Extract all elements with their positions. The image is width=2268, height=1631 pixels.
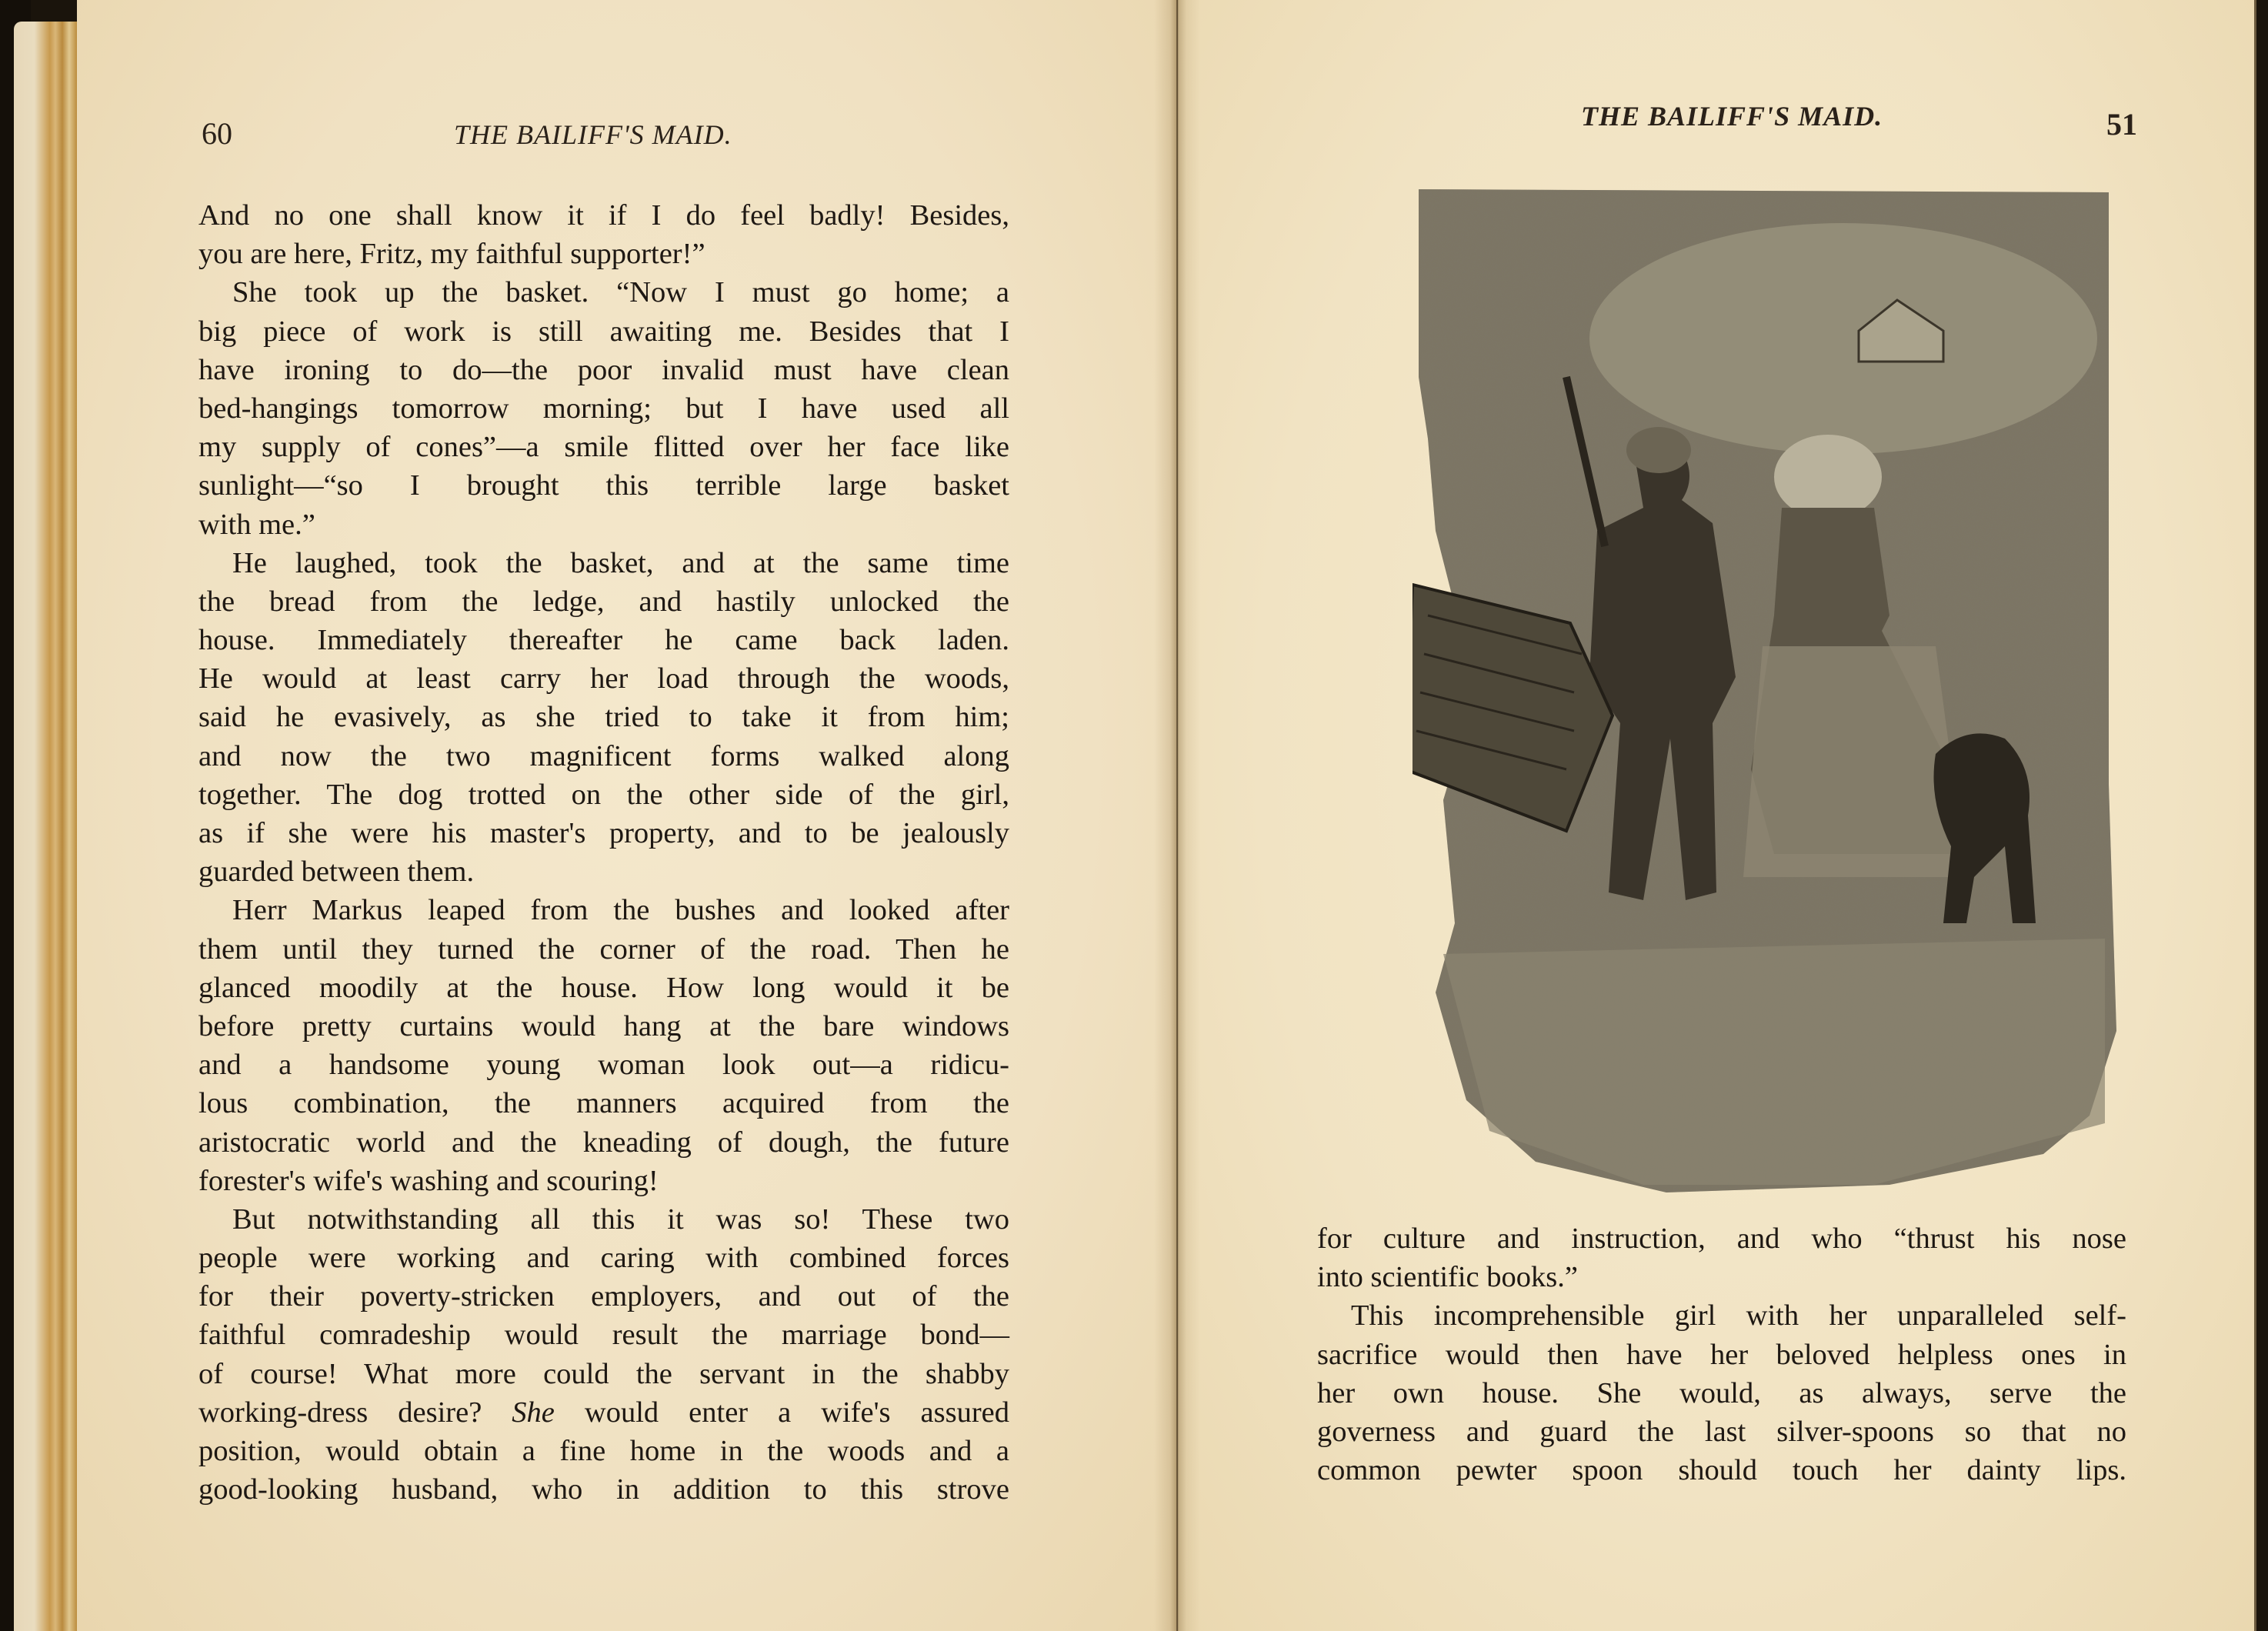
right-page-text: for culture and instruction, and who “th… [1317,1219,2126,1489]
text-line: big piece of work is still awaiting me. … [198,312,1009,351]
text-line: house. Immediately thereafter he came ba… [198,621,1009,659]
text-line: glanced moodily at the house. How long w… [198,969,1009,1007]
text-line: as if she were his master's property, an… [198,814,1009,852]
text-line: for their poverty-stricken employers, an… [198,1277,1009,1316]
right-page-number: 51 [2106,106,2137,142]
text-line: But notwithstanding all this it was so! … [198,1200,1009,1239]
text-line: He would at least carry her load through… [198,659,1009,698]
text-line: sacrifice would then have her beloved he… [1317,1336,2126,1374]
text-line: her own house. She would, as always, ser… [1317,1374,2126,1413]
text-line: have ironing to do—the poor invalid must… [198,351,1009,389]
text-line: good-looking husband, who in addition to… [198,1470,1009,1509]
book-spread: 60 THE BAILIFF'S MAID. And no one shall … [0,0,2268,1631]
left-page-number: 60 [202,115,232,152]
text-line: lous combination, the manners acquired f… [198,1084,1009,1122]
right-running-head: THE BAILIFF'S MAID. [1581,100,1883,132]
engraving-illustration [1412,185,2120,1200]
text-line: working-dress desire? She would enter a … [198,1393,1009,1432]
text-line: and a handsome young woman look out—a ri… [198,1046,1009,1084]
text-line: and now the two magnificent forms walked… [198,737,1009,775]
text-line: sunlight—“so I brought this terrible lar… [198,466,1009,505]
text-line: said he evasively, as she tried to take … [198,698,1009,736]
text-line: together. The dog trotted on the other s… [198,775,1009,814]
text-line: And no one shall know it if I do feel ba… [198,196,1009,235]
text-line: with me.” [198,505,1009,544]
text-line: bed-hangings tomorrow morning; but I hav… [198,389,1009,428]
text-line: common pewter spoon should touch her dai… [1317,1451,2126,1489]
text-line: the bread from the ledge, and hastily un… [198,582,1009,621]
text-line: aristocratic world and the kneading of d… [198,1123,1009,1162]
italic-emphasis: She [512,1396,555,1429]
text-line: for culture and instruction, and who “th… [1317,1219,2126,1258]
text-line: before pretty curtains would hang at the… [198,1007,1009,1046]
text-line: position, would obtain a fine home in th… [198,1432,1009,1470]
left-running-head: THE BAILIFF'S MAID. [454,118,732,151]
text-line: He laughed, took the basket, and at the … [198,544,1009,582]
text-line: governess and guard the last silver-spoo… [1317,1413,2126,1451]
text-line: them until they turned the corner of the… [198,930,1009,969]
left-page-text: And no one shall know it if I do feel ba… [198,196,1009,1509]
text-line: you are here, Fritz, my faithful support… [198,235,1009,273]
text-line: guarded between them. [198,852,1009,891]
text-line: my supply of cones”—a smile flitted over… [198,428,1009,466]
text-line: She took up the basket. “Now I must go h… [198,273,1009,312]
forester-and-maid-illustration [1412,185,2120,1200]
text-line: faithful comradeship would result the ma… [198,1316,1009,1354]
text-line: forester's wife's washing and scouring! [198,1162,1009,1200]
text-line: people were working and caring with comb… [198,1239,1009,1277]
page-edges [14,22,83,1631]
text-line: into scientific books.” [1317,1258,2126,1296]
text-line: This incomprehensible girl with her unpa… [1317,1296,2126,1335]
book-gutter [1154,0,1200,1631]
text-line: of course! What more could the servant i… [198,1355,1009,1393]
text-line: Herr Markus leaped from the bushes and l… [198,891,1009,929]
